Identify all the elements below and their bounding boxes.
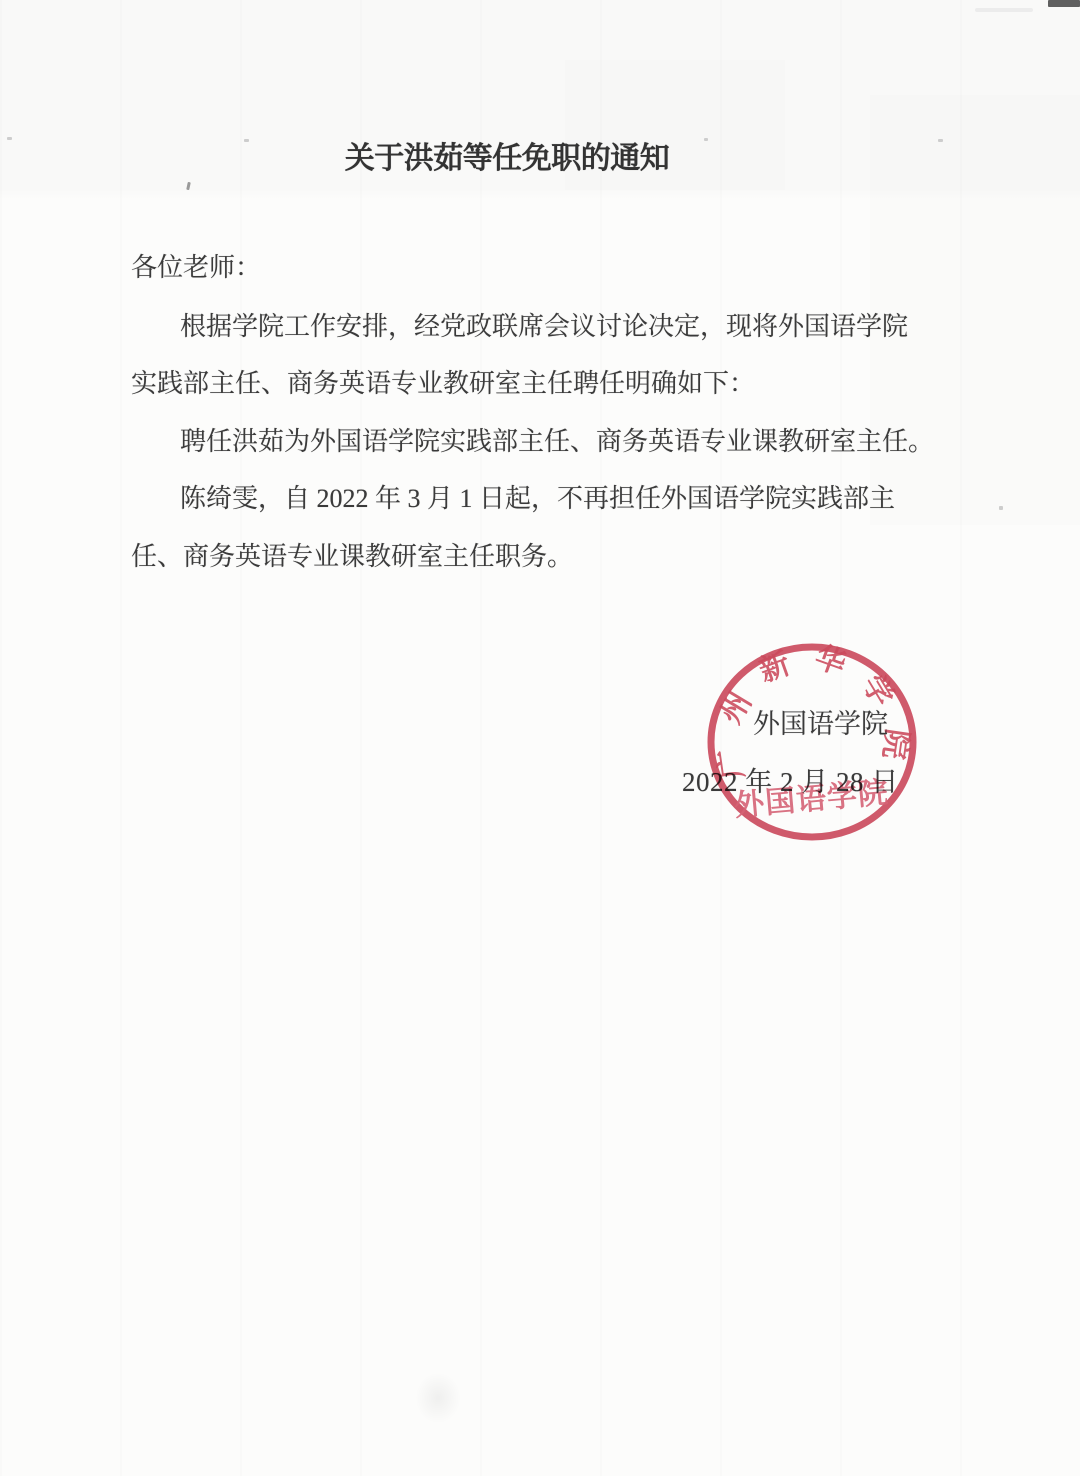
scan-smudge [415,1372,461,1424]
body-line-5: 任、商务英语专业课教研室主任职务。 [131,541,573,573]
scan-speck [186,182,191,190]
body-line-4: 陈绮雯，自 2022 年 3 月 1 日起，不再担任外国语学院实践部主 [180,483,895,515]
body-line-3: 聘任洪茹为外国语学院实践部主任、商务英语专业课教研室主任。 [180,426,934,458]
document-page: 关于洪茹等任免职的通知 各位老师： 根据学院工作安排，经党政联席会议讨论决定，现… [0,0,1080,1476]
body-line-1: 根据学院工作安排，经党政联席会议讨论决定，现将外国语学院 [180,311,908,343]
corner-scan-mark [1048,0,1080,7]
body-line-2: 实践部主任、商务英语专业教研室主任聘任明确如下： [131,368,755,400]
official-stamp: 广州新华学院 外国语学院 [702,632,922,852]
stamp-inner-text: 外国语学院 [733,776,890,822]
stamp-ring-text: 广州新华学院 [710,640,913,781]
salutation-line: 各位老师： [131,252,261,284]
page-title: 关于洪茹等任免职的通知 [0,133,1014,177]
corner-scan-line [975,8,1033,12]
scan-speck [999,506,1003,510]
